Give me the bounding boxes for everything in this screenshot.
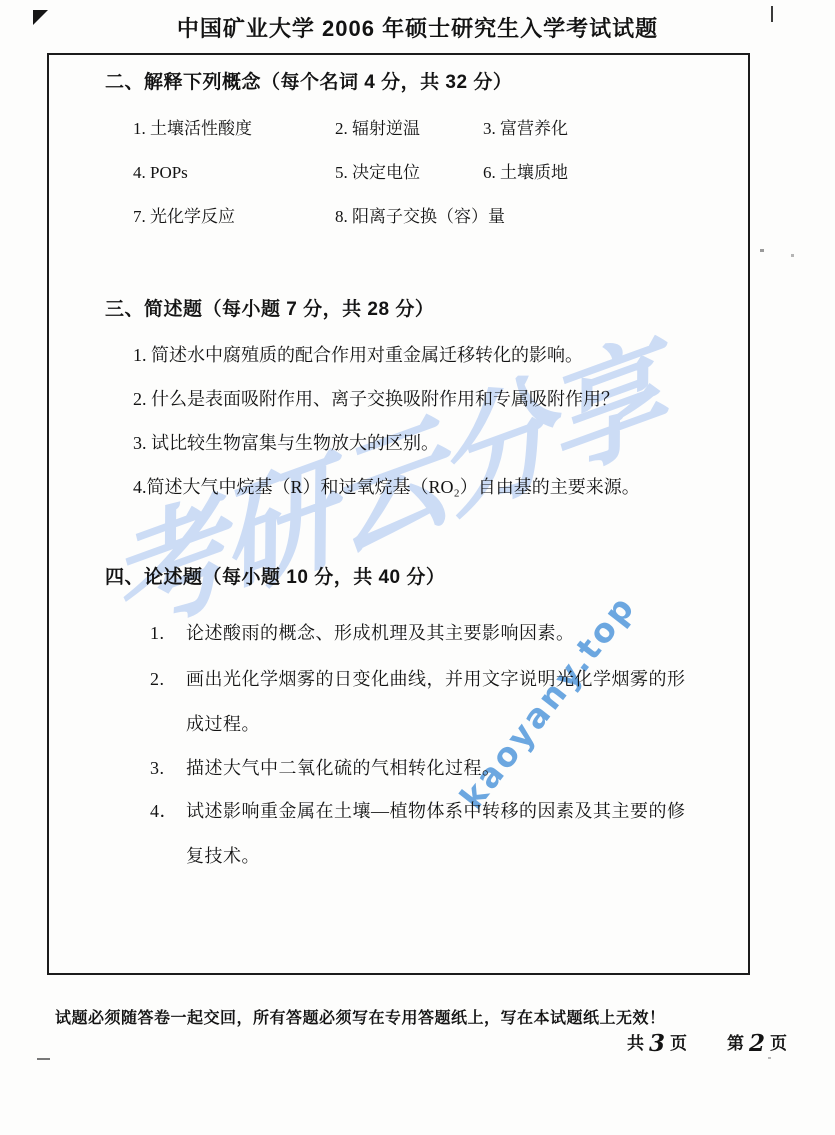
question-number: 3.: [150, 746, 186, 791]
term-item-3: 3. 富营养化: [483, 120, 753, 138]
section-3-heading: 三、简述题（每小题 7 分，共 28 分）: [105, 294, 434, 321]
question-number: 2.: [150, 657, 186, 747]
question-item: 1. 论述酸雨的概念、形成机理及其主要影响因素。: [150, 611, 575, 656]
question-item: 2. 画出光化学烟雾的日变化曲线，并用文字说明光化学烟雾的形 成过程。: [150, 657, 686, 747]
question-number: 4．: [150, 789, 186, 879]
question-line: 描述大气中二氧化硫的气相转化过程。: [186, 746, 501, 791]
term-list: 1. 土壤活性酸度 2. 辐射逆温 3. 富营养化 4. POPs 5. 决定电…: [133, 120, 753, 226]
section-4-heading: 四、论述题（每小题 10 分，共 40 分）: [105, 562, 445, 589]
term-item-8: 8. 阳离子交换（容）量: [335, 208, 753, 226]
question-line: 成过程。: [186, 702, 686, 747]
page-current-number: 2: [749, 1030, 765, 1057]
term-item-5: 5. 决定电位: [335, 164, 483, 182]
page-title: 中国矿业大学 2006 年硕士研究生入学考试试题: [0, 12, 835, 43]
scan-speck: [768, 1057, 771, 1059]
page-count-unit: 页: [670, 1034, 687, 1053]
question-item: 4.简述大气中烷基（R）和过氧烷基（RO₂）自由基的主要来源。: [133, 477, 640, 497]
question-item: 4． 试述影响重金属在土壤—植物体系中转移的因素及其主要的修 复技术。: [150, 789, 686, 879]
section-2-heading: 二、解释下列概念（每个名词 4 分，共 32 分）: [105, 67, 512, 94]
question-item: 1. 简述水中腐殖质的配合作用对重金属迁移转化的影响。: [133, 345, 583, 365]
scan-dash-mark: [37, 1058, 50, 1060]
page-count-total: 3: [649, 1030, 665, 1057]
question-text: 描述大气中二氧化硫的气相转化过程。: [186, 746, 501, 791]
scan-speck: [791, 254, 794, 257]
question-text: 论述酸雨的概念、形成机理及其主要影响因素。: [186, 611, 575, 656]
term-item-6: 6. 土壤质地: [483, 164, 753, 182]
question-line: 试述影响重金属在土壤—植物体系中转移的因素及其主要的修: [186, 789, 686, 834]
exam-page: 考研云分享 kaoyany.top 中国矿业大学 2006 年硕士研究生入学考试…: [0, 0, 835, 1135]
question-area-border: 二、解释下列概念（每个名词 4 分，共 32 分） 1. 土壤活性酸度 2. 辐…: [47, 53, 750, 975]
page-count-label-total: 共: [627, 1034, 644, 1053]
page-current-unit: 页: [770, 1034, 787, 1053]
question-text: 试述影响重金属在土壤—植物体系中转移的因素及其主要的修 复技术。: [186, 789, 686, 879]
footer-notice: 试题必须随答卷一起交回，所有答题必须写在专用答题纸上，写在本试题纸上无效！: [55, 1005, 666, 1028]
question-line: 复技术。: [186, 834, 686, 879]
question-text: 画出光化学烟雾的日变化曲线，并用文字说明光化学烟雾的形 成过程。: [186, 657, 686, 747]
term-item-7: 7. 光化学反应: [133, 208, 335, 226]
page-count: 共3页第2页: [0, 1028, 790, 1055]
question-item: 3. 试比较生物富集与生物放大的区别。: [133, 433, 439, 453]
question-item: 2. 什么是表面吸附作用、离子交换吸附作用和专属吸附作用？: [133, 389, 619, 409]
question-number: 1.: [150, 611, 186, 656]
question-item: 3. 描述大气中二氧化硫的气相转化过程。: [150, 746, 501, 791]
question-line: 论述酸雨的概念、形成机理及其主要影响因素。: [186, 611, 575, 656]
scan-speck: [760, 249, 764, 252]
term-item-4: 4. POPs: [133, 164, 335, 182]
question-line: 画出光化学烟雾的日变化曲线，并用文字说明光化学烟雾的形: [186, 657, 686, 702]
page-current-label: 第: [727, 1034, 744, 1053]
term-item-2: 2. 辐射逆温: [335, 120, 483, 138]
term-item-1: 1. 土壤活性酸度: [133, 120, 335, 138]
